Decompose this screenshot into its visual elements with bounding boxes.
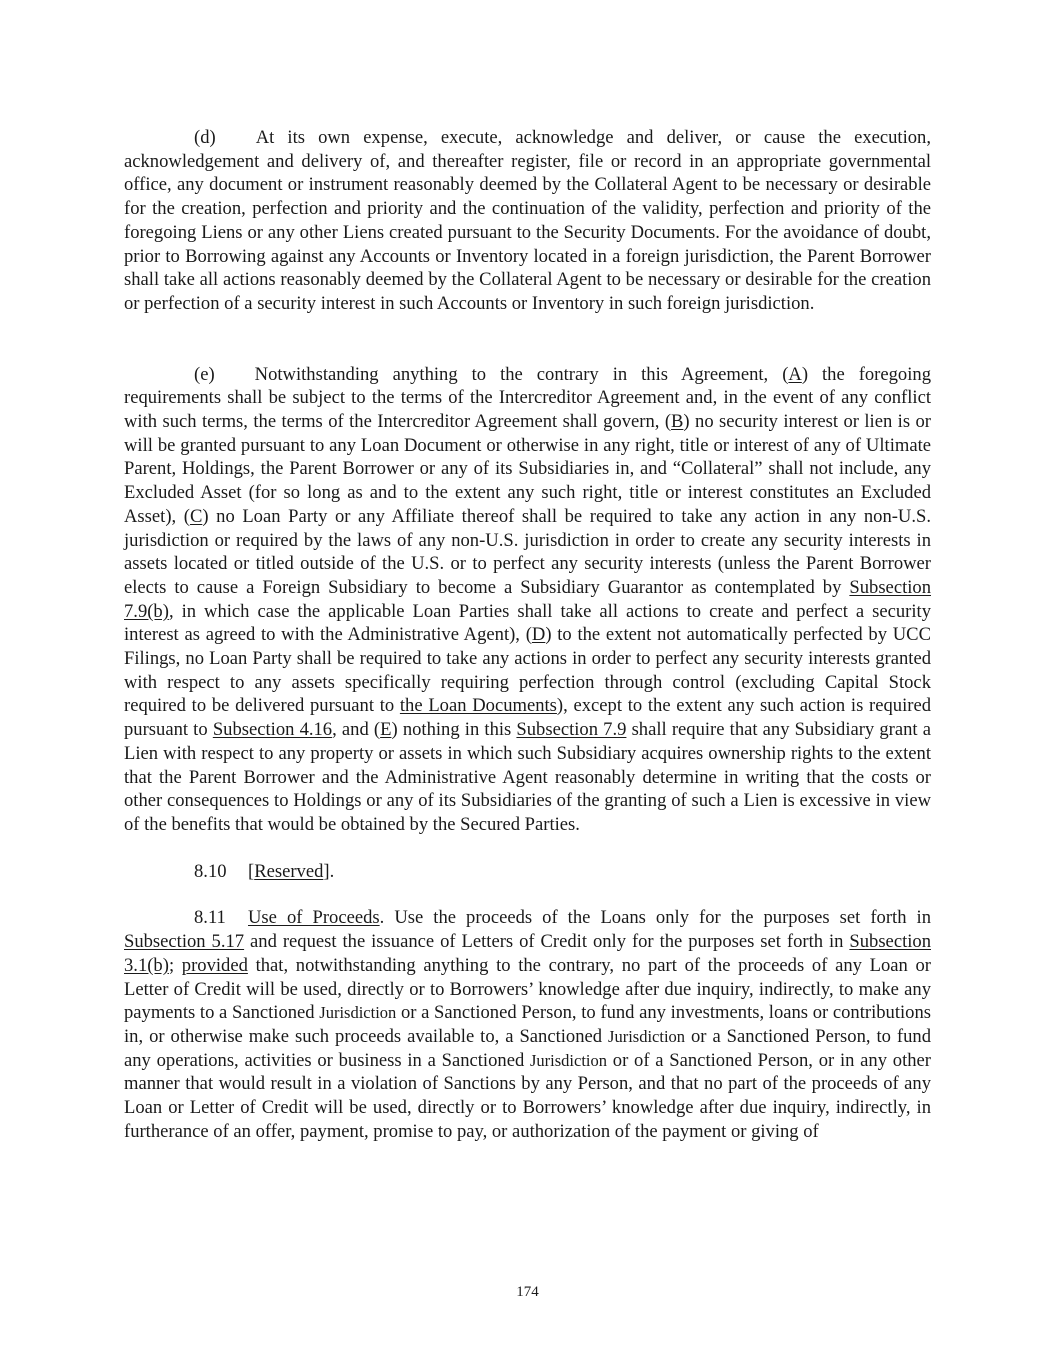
text-run: and request the issuance of Letters of C… <box>244 931 849 952</box>
section-title: Use of Proceeds <box>248 907 380 928</box>
clause-marker-a: A <box>788 364 801 385</box>
paragraph-e: (e)Notwithstanding anything to the contr… <box>124 363 931 837</box>
paragraph-label: (e) <box>194 363 215 387</box>
section-8-11: 8.11Use of Proceeds. Use the proceeds of… <box>124 906 931 1143</box>
term-jurisdiction: Jurisdiction <box>608 1027 685 1046</box>
section-title: Reserved <box>254 861 323 882</box>
clause-marker-e: E <box>380 719 391 740</box>
term-jurisdiction: Jurisdiction <box>530 1051 607 1070</box>
text-run: . Use the proceeds of the Loans only for… <box>380 907 931 928</box>
reference-loan-documents: the Loan Documents <box>400 695 557 716</box>
clause-marker-b: B <box>671 411 683 432</box>
paragraph-label: (d) <box>194 126 216 150</box>
text-run: , and ( <box>332 719 380 740</box>
reference-subsection-4-16: Subsection 4.16 <box>213 719 332 740</box>
reference-subsection-5-17: Subsection 5.17 <box>124 931 244 952</box>
section-number: 8.11 <box>194 906 248 930</box>
text-run: ]. <box>323 861 334 882</box>
page-number: 174 <box>0 1284 1055 1301</box>
paragraph-text: At its own expense, execute, acknowledge… <box>124 127 931 314</box>
text-run: Notwithstanding anything to the contrary… <box>255 364 789 385</box>
document-page: (d)At its own expense, execute, acknowle… <box>124 126 931 1143</box>
text-run: ) nothing in this <box>391 719 516 740</box>
clause-marker-c: C <box>190 506 202 527</box>
text-run: ) no Loan Party or any Affiliate thereof… <box>124 506 931 598</box>
section-number: 8.10 <box>194 860 248 884</box>
provided-term: provided <box>182 955 248 976</box>
paragraph-d: (d)At its own expense, execute, acknowle… <box>124 126 931 316</box>
reference-subsection-7-9: Subsection 7.9 <box>516 719 626 740</box>
term-jurisdiction: Jurisdiction <box>319 1003 396 1022</box>
clause-marker-d: D <box>532 624 545 645</box>
text-run: ; <box>169 955 182 976</box>
section-8-10: 8.10[Reserved]. <box>124 860 931 884</box>
